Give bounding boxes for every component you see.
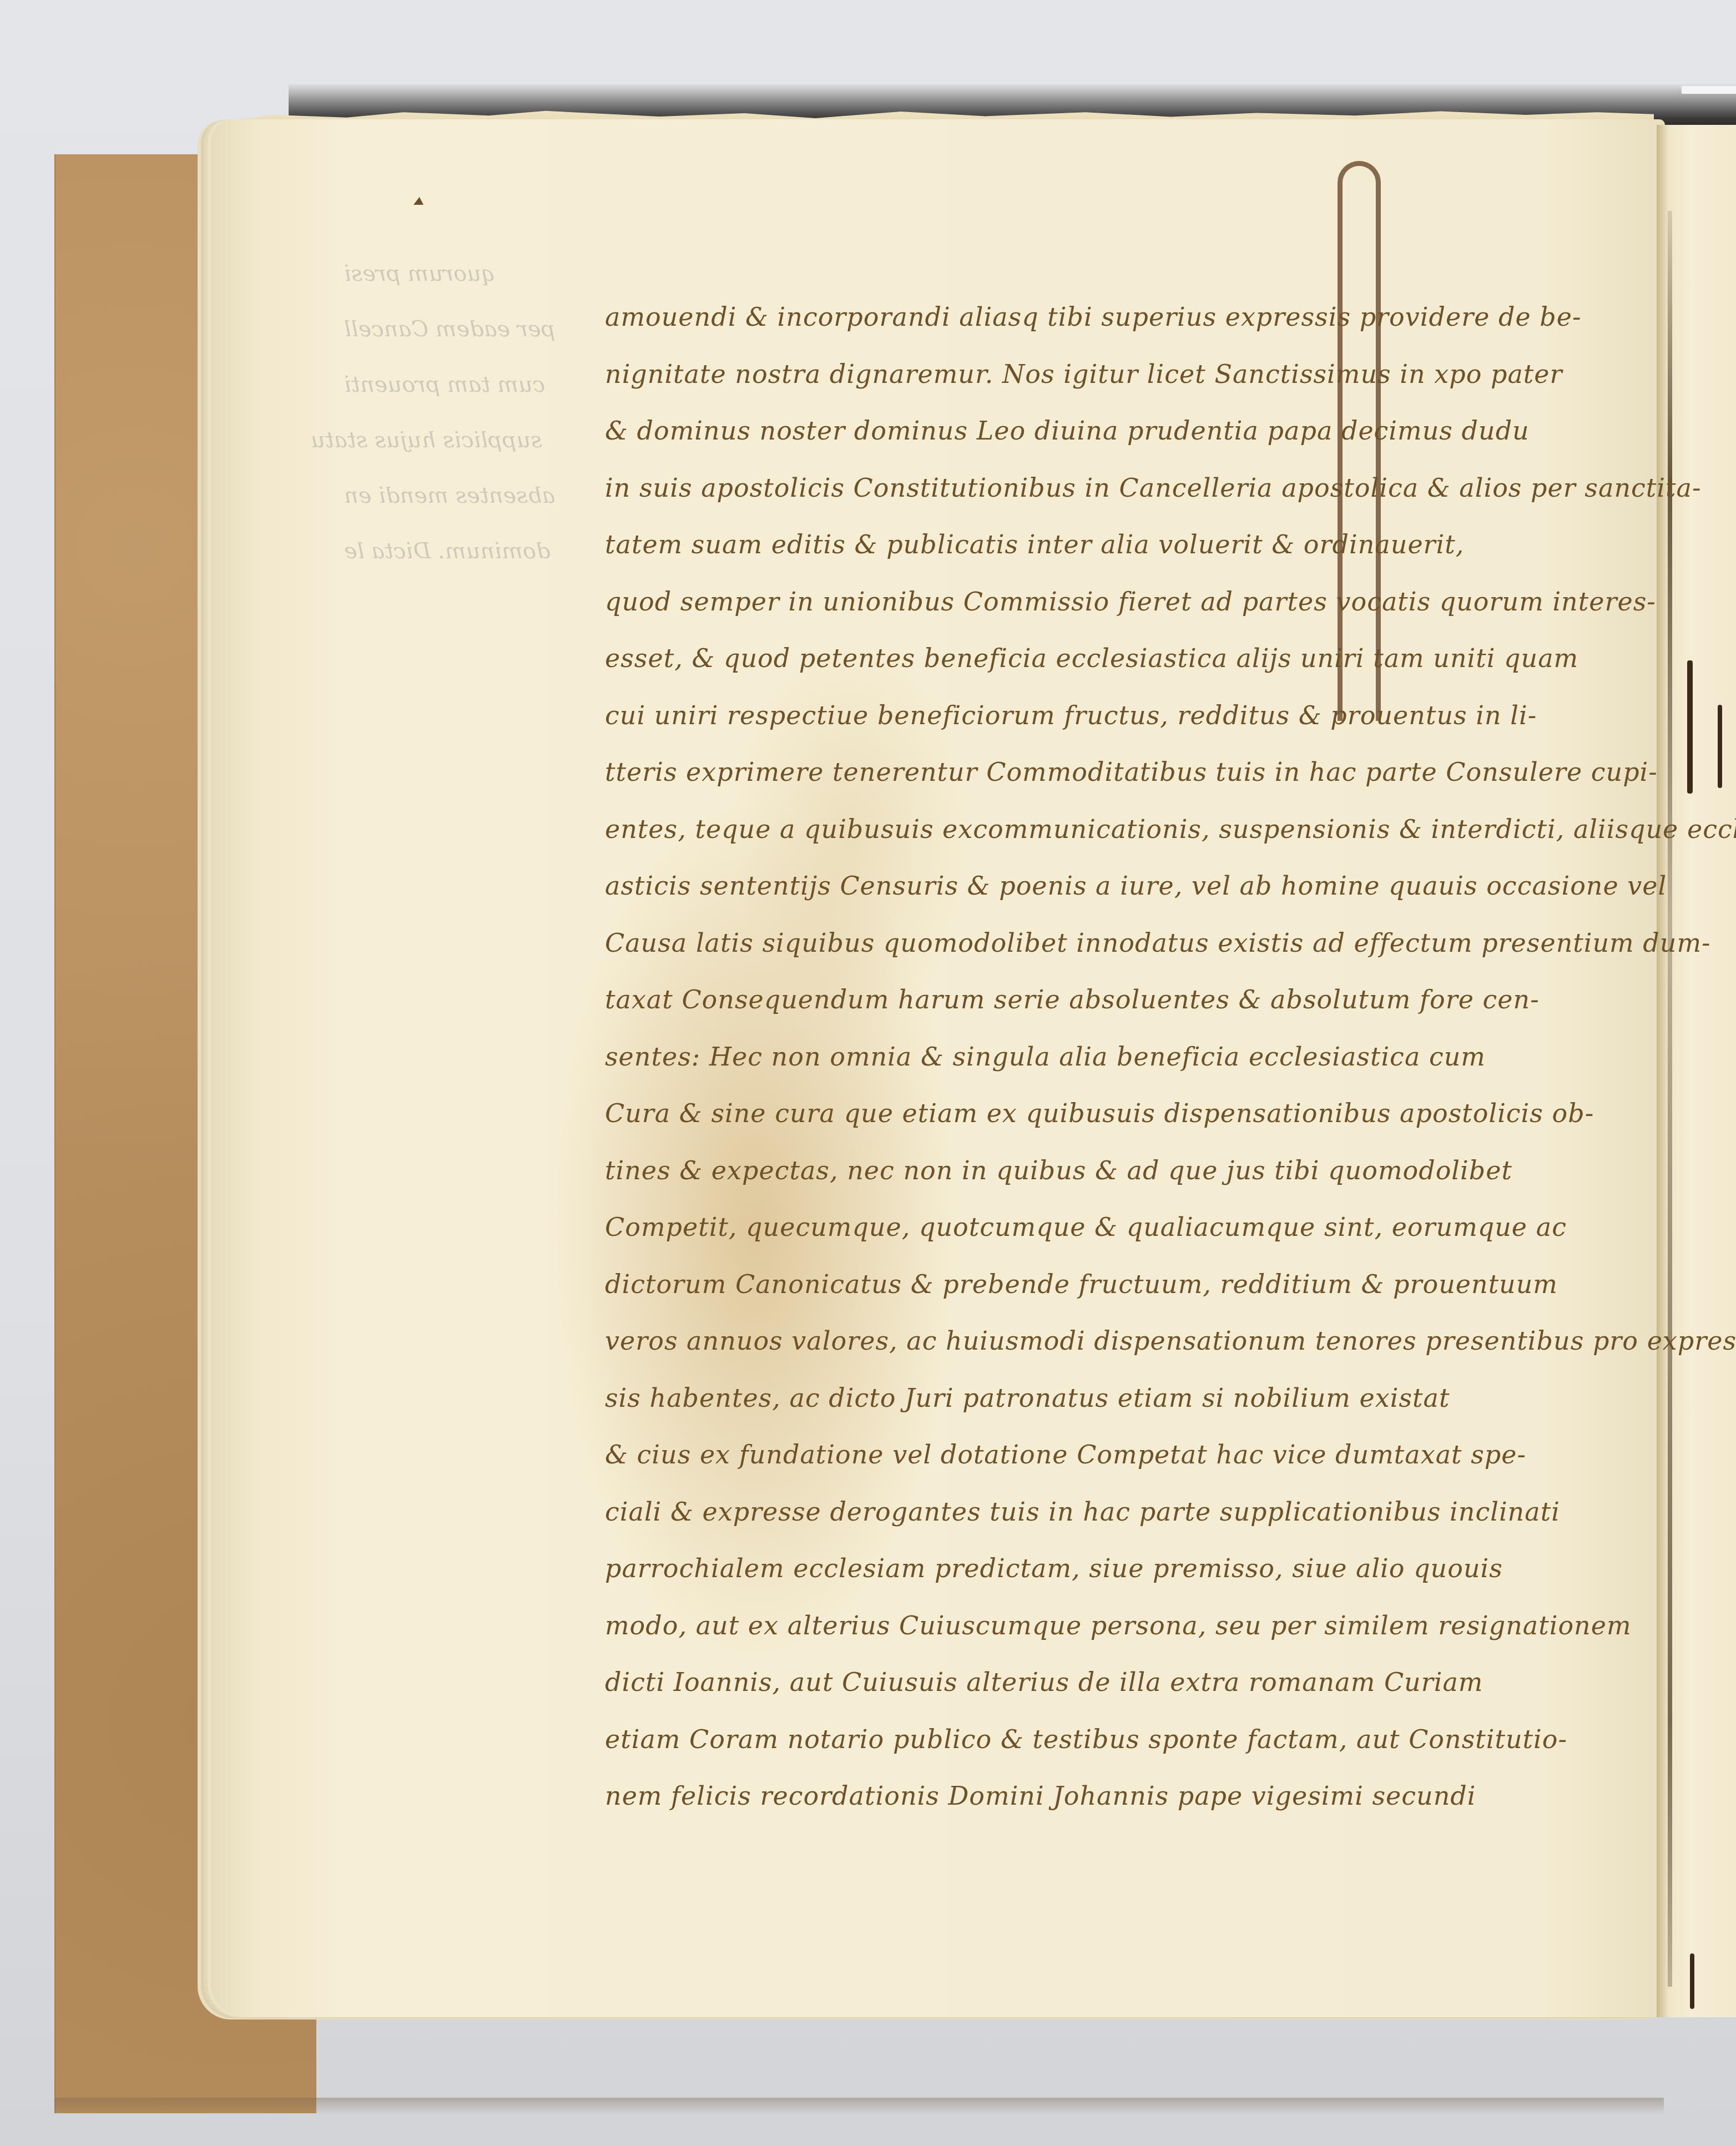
text-line: parrochialem ecclesiam predictam, siue p… [605,1540,1659,1597]
text-line: quod semper in unionibus Commissio fiere… [605,573,1659,630]
bleed-through-text: absentes mendi en [344,483,555,508]
text-line: Competit, quecumque, quotcumque & qualia… [605,1199,1659,1256]
text-line: taxat Consequendum harum serie absoluent… [605,971,1659,1028]
text-line: tines & expectas, nec non in quibus & ad… [605,1142,1659,1199]
text-line: modo, aut ex alterius Cuiuscumque person… [605,1597,1659,1654]
text-line: dicti Ioannis, aut Cuiusuis alterius de … [605,1654,1659,1711]
facing-page-ink-stroke [1690,1953,1694,2009]
text-line: & cius ex fundatione vel dotatione Compe… [605,1426,1659,1483]
cover-shadow [54,2098,1664,2114]
text-line: veros annuos valores, ac huiusmodi dispe… [605,1312,1659,1370]
text-line: dictorum Canonicatus & prebende fructuum… [605,1256,1659,1313]
text-line: in suis apostolicis Constitutionibus in … [605,460,1659,517]
text-line: nem felicis recordationis Domini Johanni… [605,1768,1659,1825]
text-line: amouendi & incorporandi aliasq tibi supe… [605,289,1659,346]
manuscript-text: amouendi & incorporandi aliasq tibi supe… [605,289,1659,1825]
bleed-through-text: per eadem Cancell [344,316,555,342]
facing-page-ink-stroke [1687,660,1693,794]
text-line: Cura & sine cura que etiam ex quibusuis … [605,1085,1659,1142]
text-line: & dominus noster dominus Leo diuina prud… [605,402,1659,460]
text-line: tteris exprimere tenerentur Commoditatib… [605,744,1659,801]
bleed-through-text: dominum. Dicta le [344,538,551,564]
text-line: tatem suam editis & publicatis inter ali… [605,516,1659,573]
facing-page-ink-stroke [1718,705,1722,788]
text-line: Causa latis siquibus quomodolibet innoda… [605,915,1659,972]
text-line: esset, & quod petentes beneficia ecclesi… [605,630,1659,687]
text-line: nignitate nostra dignaremur. Nos igitur … [605,346,1659,403]
text-line: ciali & expresse derogantes tuis in hac … [605,1483,1659,1541]
text-line: etiam Coram notario publico & testibus s… [605,1711,1659,1768]
bleed-through-text: supplicis hujus statu [311,427,542,453]
scanner-tab [1682,86,1736,94]
text-line: cui uniri respectiue beneficiorum fructu… [605,687,1659,744]
text-line: sentes: Hec non omnia & singula alia ben… [605,1028,1659,1085]
bleed-through-text: quorum presi [344,261,496,286]
text-line: asticis sententijs Censuris & poenis a i… [605,857,1659,915]
text-line: entes, teque a quibusuis excommunication… [605,801,1659,858]
text-line: sis habentes, ac dicto Juri patronatus e… [605,1370,1659,1427]
bleed-through-text: cum tam prouenti [344,372,545,397]
